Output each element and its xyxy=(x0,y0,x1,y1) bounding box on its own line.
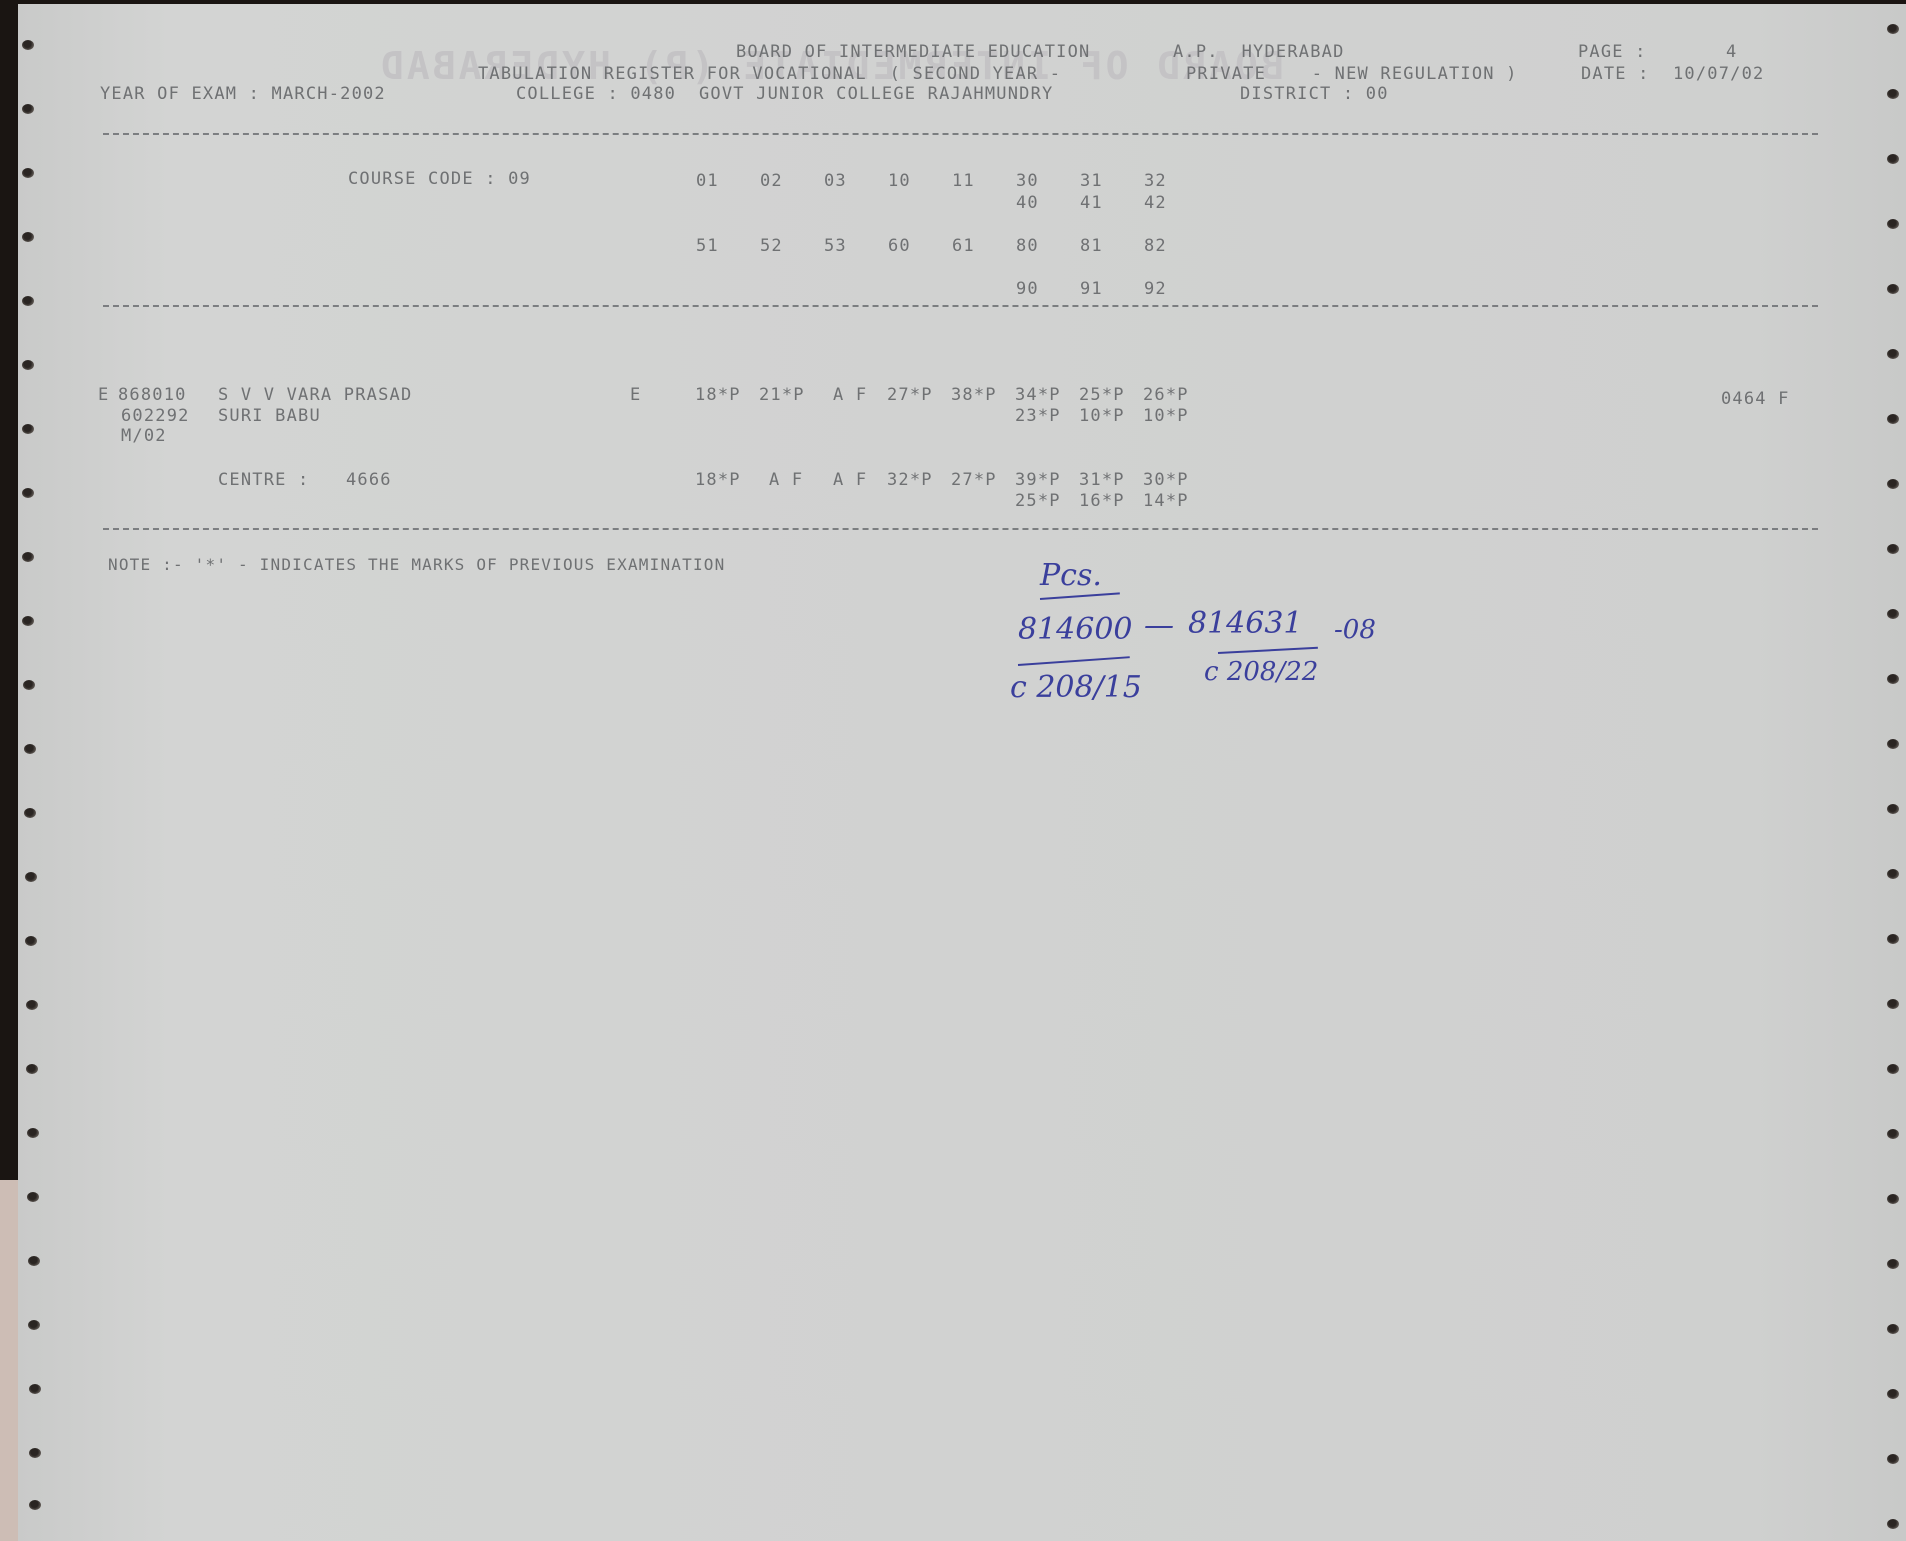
printed-register-sheet: BOARD OF INTERMEDIATE (P) HYDERABAD BOAR… xyxy=(18,4,1906,1541)
pen-underline xyxy=(1218,647,1318,654)
punch-hole-icon xyxy=(27,1128,39,1138)
punch-hole-icon xyxy=(24,808,36,818)
punch-hole-icon xyxy=(25,872,37,882)
punch-hole-icon xyxy=(22,296,34,306)
punch-hole-icon xyxy=(1887,219,1899,229)
punch-hole-icon xyxy=(22,168,34,178)
punch-hole-icon xyxy=(26,1000,38,1010)
punch-hole-icon xyxy=(22,616,34,626)
mark-cell: 34*P xyxy=(1015,385,1061,405)
registration-number: 602292 xyxy=(121,406,190,426)
punch-hole-icon xyxy=(28,1256,40,1266)
total-and-result: 0464 F xyxy=(1721,389,1790,409)
punch-hole-icon xyxy=(1887,24,1899,34)
punch-hole-icon xyxy=(1887,1324,1899,1334)
divider-middle xyxy=(103,305,1818,307)
punch-hole-icon xyxy=(29,1500,41,1510)
punch-hole-icon xyxy=(22,488,34,498)
subject-code: 80 xyxy=(1016,236,1039,256)
punch-hole-icon xyxy=(1887,544,1899,554)
punch-hole-icon xyxy=(1887,1129,1899,1139)
mark-cell: 10*P xyxy=(1143,406,1189,426)
punch-hole-icon xyxy=(1887,999,1899,1009)
subject-code: 61 xyxy=(952,236,975,256)
mark-cell: 25*P xyxy=(1079,385,1125,405)
mark-cell: 39*P xyxy=(1015,470,1061,490)
punch-hole-icon xyxy=(22,424,34,434)
handwritten-ref-right: c 208/22 xyxy=(1204,656,1318,688)
punch-hole-icon xyxy=(1887,1259,1899,1269)
mark-cell: 21*P xyxy=(759,385,805,405)
punch-hole-icon xyxy=(25,936,37,946)
pen-underline xyxy=(1040,592,1120,600)
punch-hole-icon xyxy=(1887,739,1899,749)
private-regulation: PRIVATE - NEW REGULATION ) xyxy=(1186,64,1518,84)
punch-hole-icon xyxy=(22,104,34,114)
punch-hole-icon xyxy=(1887,89,1899,99)
punch-hole-icon xyxy=(1887,1389,1899,1399)
mark-cell: 38*P xyxy=(951,385,997,405)
date-value: 10/07/02 xyxy=(1673,64,1764,84)
mark-cell: 10*P xyxy=(1079,406,1125,426)
page-label: PAGE : xyxy=(1578,42,1647,62)
handwritten-range-start: 814600 xyxy=(1018,614,1133,646)
centre-label: CENTRE : xyxy=(218,470,309,490)
mark-cell: 18*P xyxy=(695,470,741,490)
punch-hole-icon xyxy=(24,744,36,754)
handwritten-ref-left: c 208/15 xyxy=(1010,672,1142,704)
subject-code: 42 xyxy=(1144,193,1167,213)
subject-code: 52 xyxy=(760,236,783,256)
punch-hole-icon xyxy=(1887,1064,1899,1074)
mark-cell: A F xyxy=(833,470,867,490)
punch-hole-icon xyxy=(22,552,34,562)
divider-bottom xyxy=(103,528,1818,530)
subject-code: 11 xyxy=(952,171,975,191)
punch-hole-icon xyxy=(1887,1454,1899,1464)
punch-hole-icon xyxy=(1887,154,1899,164)
subject-code: 90 xyxy=(1016,279,1039,299)
subject-code: 92 xyxy=(1144,279,1167,299)
punch-hole-icon xyxy=(1887,1194,1899,1204)
sex-code: M/02 xyxy=(121,426,167,446)
punch-hole-icon xyxy=(1887,609,1899,619)
punch-hole-icon xyxy=(23,680,35,690)
punch-hole-icon xyxy=(1887,1519,1899,1529)
punch-hole-icon xyxy=(28,1320,40,1330)
register-title: TABULATION REGISTER FOR VOCATIONAL ( SEC… xyxy=(478,64,1061,84)
page-number: 4 xyxy=(1726,42,1737,62)
mark-cell: A F xyxy=(833,385,867,405)
mark-cell: 27*P xyxy=(951,470,997,490)
punch-hole-icon xyxy=(22,40,34,50)
punch-hole-icon xyxy=(1887,414,1899,424)
handwritten-pcs-label: Pcs. xyxy=(1040,560,1102,592)
punch-hole-icon xyxy=(29,1448,41,1458)
mark-cell: 14*P xyxy=(1143,491,1189,511)
mark-cell: 16*P xyxy=(1079,491,1125,511)
subject-code: 32 xyxy=(1144,171,1167,191)
subject-code: 91 xyxy=(1080,279,1103,299)
handwritten-range-end: 814631 xyxy=(1188,608,1303,640)
subject-code: 31 xyxy=(1080,171,1103,191)
father-name: SURI BABU xyxy=(218,406,321,426)
mark-cell: A F xyxy=(769,470,803,490)
centre-code: 4666 xyxy=(346,470,392,490)
subject-code: 51 xyxy=(696,236,719,256)
punch-hole-icon xyxy=(1887,869,1899,879)
year-of-exam: YEAR OF EXAM : MARCH-2002 xyxy=(100,84,386,104)
board-title: BOARD OF INTERMEDIATE EDUCATION xyxy=(736,42,1090,62)
punch-hole-icon xyxy=(22,232,34,242)
pen-underline xyxy=(1018,656,1130,666)
student-name: S V V VARA PRASAD xyxy=(218,385,412,405)
punch-hole-icon xyxy=(1887,284,1899,294)
subject-code: 60 xyxy=(888,236,911,256)
punch-hole-icon xyxy=(1887,674,1899,684)
district-info: DISTRICT : 00 xyxy=(1240,84,1389,104)
punch-hole-icon xyxy=(27,1192,39,1202)
subject-code: 81 xyxy=(1080,236,1103,256)
subject-code: 30 xyxy=(1016,171,1039,191)
college-info: COLLEGE : 0480 GOVT JUNIOR COLLEGE RAJAH… xyxy=(516,84,1053,104)
punch-hole-icon xyxy=(1887,479,1899,489)
subject-code: 03 xyxy=(824,171,847,191)
subject-code: 82 xyxy=(1144,236,1167,256)
subject-code: 02 xyxy=(760,171,783,191)
hall-ticket-number: 868010 xyxy=(118,385,187,405)
mark-cell: 27*P xyxy=(887,385,933,405)
subject-code: 10 xyxy=(888,171,911,191)
footnote: NOTE :- '*' - INDICATES THE MARKS OF PRE… xyxy=(108,555,725,575)
punch-hole-icon xyxy=(26,1064,38,1074)
date-label: DATE : xyxy=(1581,64,1650,84)
course-code: COURSE CODE : 09 xyxy=(348,169,531,189)
state-city: A.P. HYDERABAD xyxy=(1173,42,1345,62)
punch-hole-icon xyxy=(22,360,34,370)
mark-cell: 25*P xyxy=(1015,491,1061,511)
punch-hole-icon xyxy=(1887,804,1899,814)
handwritten-suffix: -08 xyxy=(1334,614,1376,646)
mark-cell: 23*P xyxy=(1015,406,1061,426)
category: E xyxy=(98,385,109,405)
punch-hole-icon xyxy=(1887,934,1899,944)
mark-cell: 30*P xyxy=(1143,470,1189,490)
subject-code: 01 xyxy=(696,171,719,191)
mark-cell: 18*P xyxy=(695,385,741,405)
subject-code: 53 xyxy=(824,236,847,256)
medium: E xyxy=(630,385,641,405)
punch-hole-icon xyxy=(29,1384,41,1394)
punch-hole-icon xyxy=(1887,349,1899,359)
subject-code: 40 xyxy=(1016,193,1039,213)
mark-cell: 32*P xyxy=(887,470,933,490)
mark-cell: 26*P xyxy=(1143,385,1189,405)
divider-top xyxy=(103,133,1818,135)
mark-cell: 31*P xyxy=(1079,470,1125,490)
subject-code: 41 xyxy=(1080,193,1103,213)
handwritten-dash: — xyxy=(1144,610,1174,642)
